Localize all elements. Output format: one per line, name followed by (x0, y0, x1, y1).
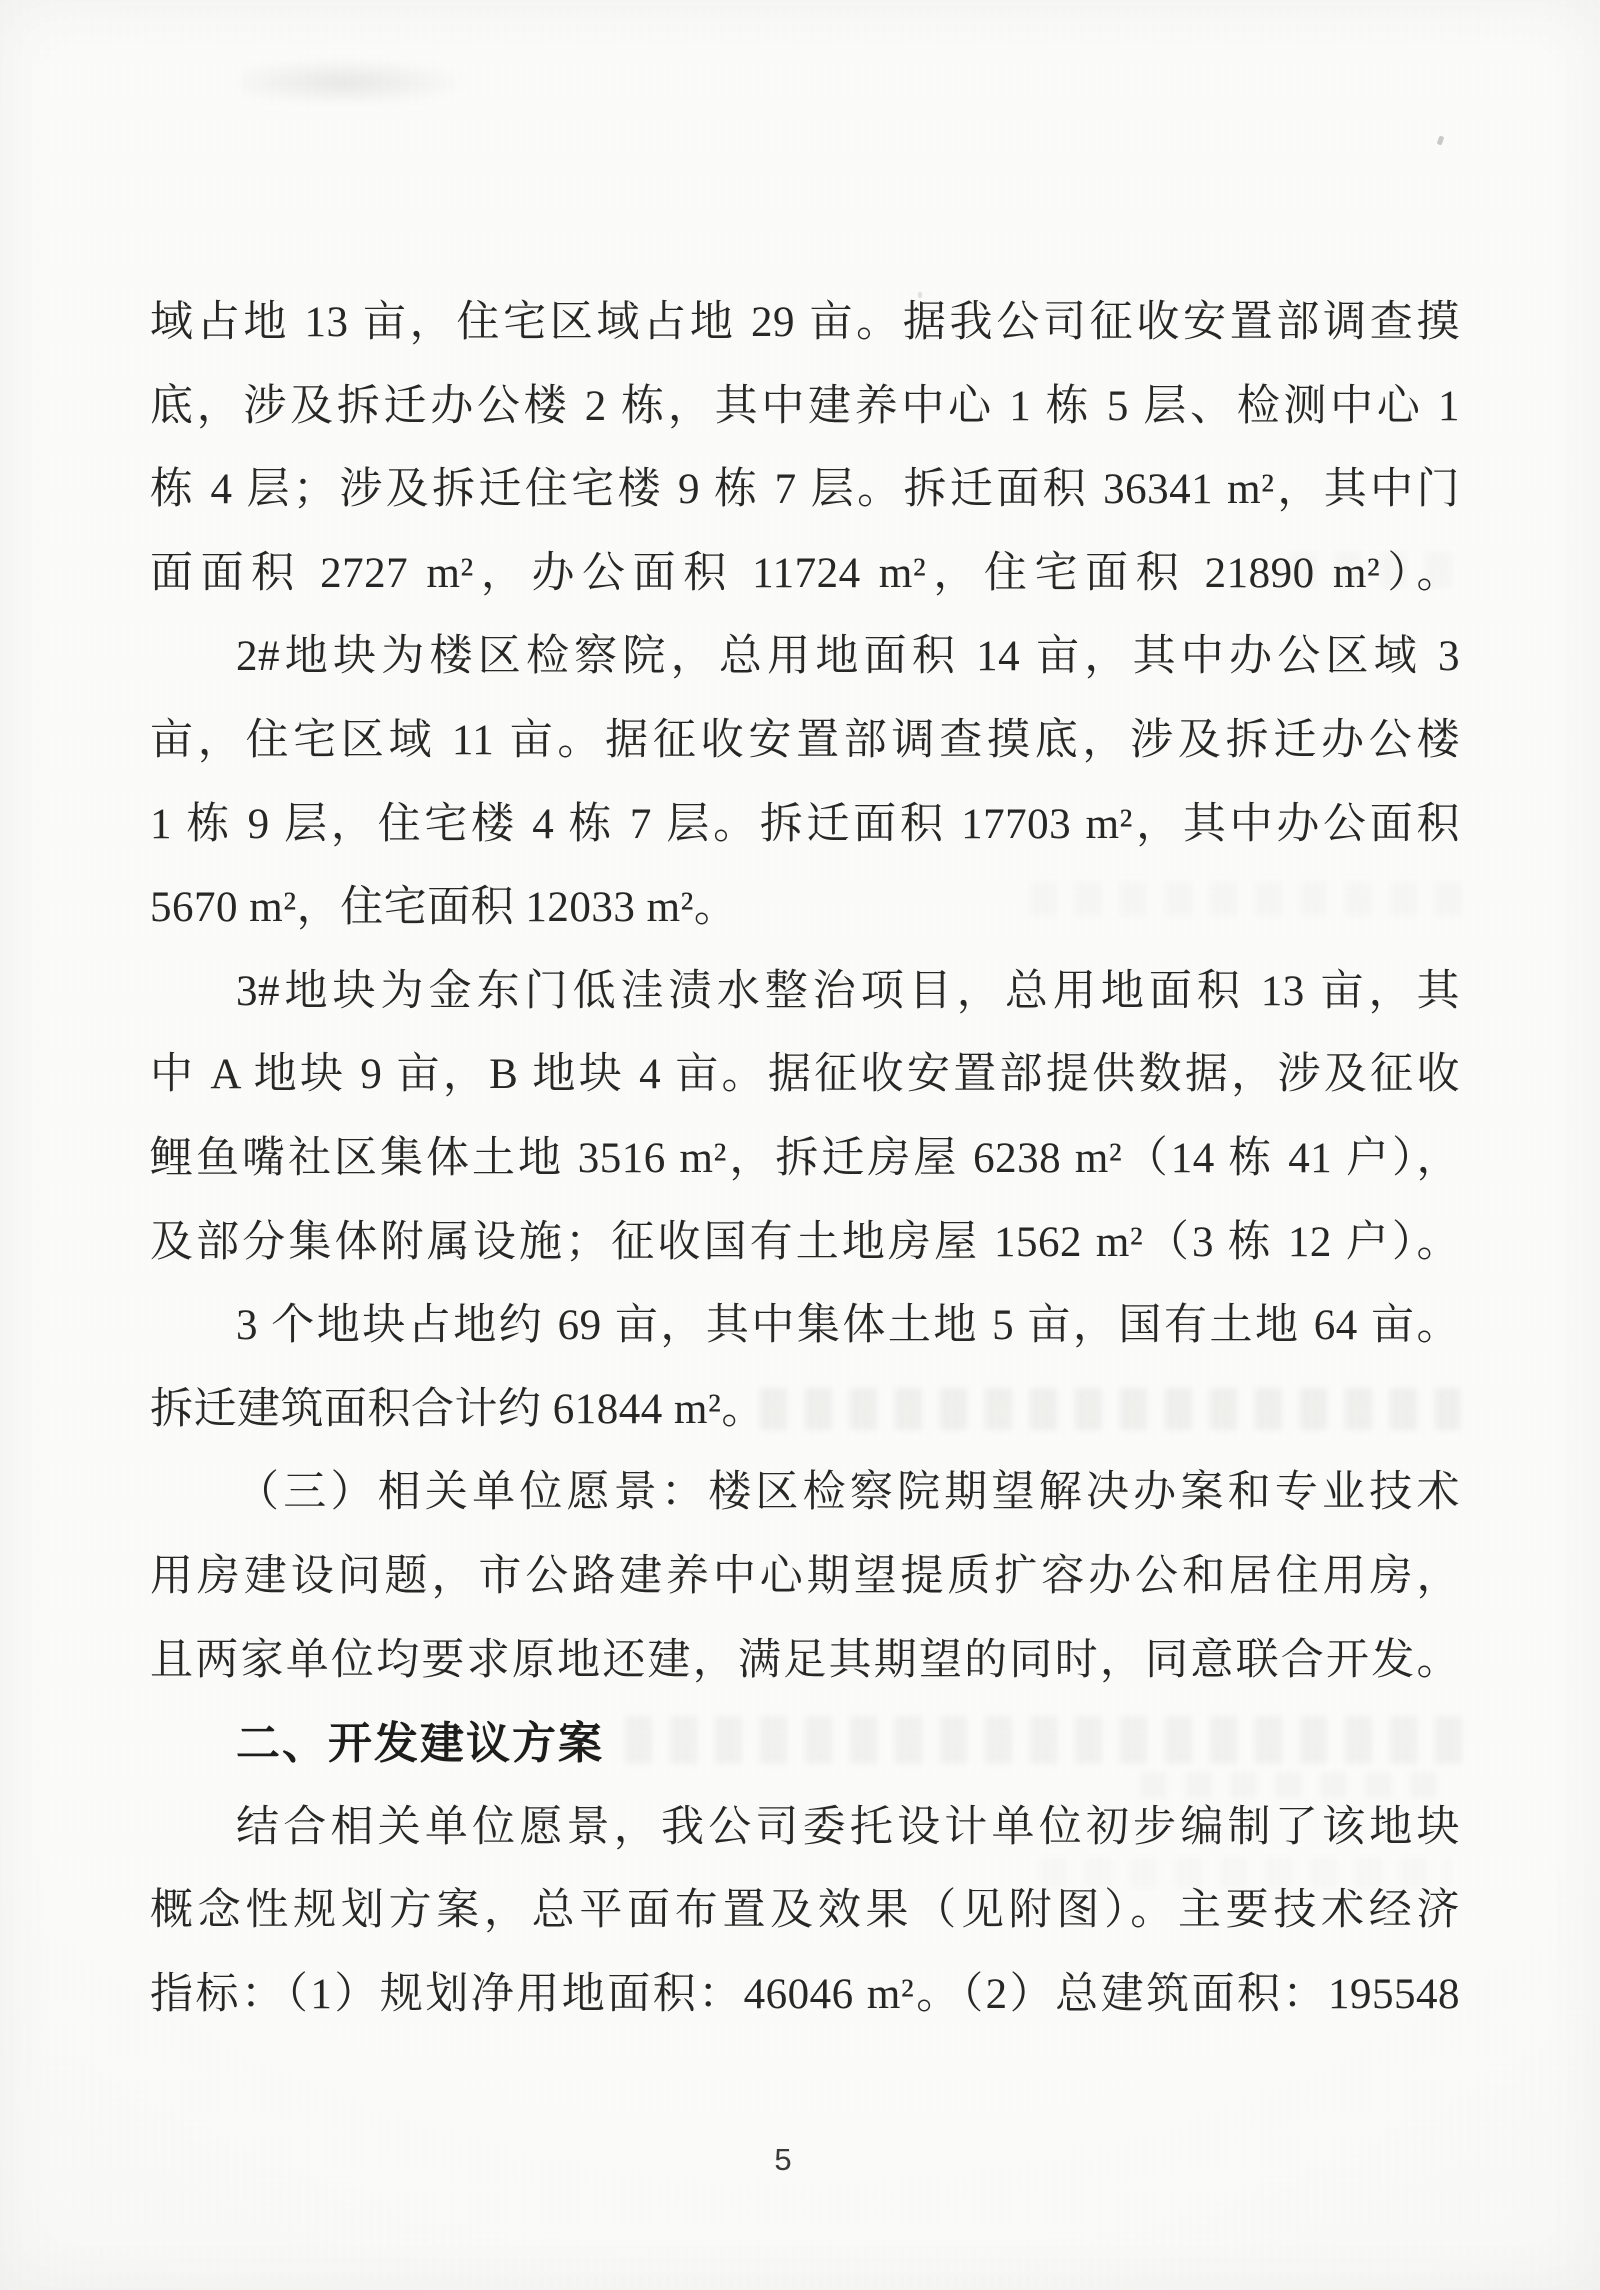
text-line: 及部分集体附属设施；征收国有土地房屋 1562 m²（3 栋 12 户）。 (150, 1201, 1460, 1285)
text-line: 5670 m²，住宅面积 12033 m²。 (150, 866, 1460, 950)
page-number: 5 (0, 2142, 1566, 2178)
text-line: 结合相关单位愿景，我公司委托设计单位初步编制了该地块 (150, 1786, 1460, 1870)
document-body: 域占地 13 亩，住宅区域占地 29 亩。据我公司征收安置部调查摸底，涉及拆迁办… (150, 281, 1460, 2036)
scan-speck (1437, 135, 1445, 145)
text-line: 中 A 地块 9 亩，B 地块 4 亩。据征收安置部提供数据，涉及征收 (150, 1033, 1460, 1117)
text-line: 拆迁建筑面积合计约 61844 m²。 (150, 1368, 1460, 1452)
scanned-document-page: 域占地 13 亩，住宅区域占地 29 亩。据我公司征收安置部调查摸底，涉及拆迁办… (0, 0, 1600, 2290)
text-line: 亩，住宅区域 11 亩。据征收安置部调查摸底，涉及拆迁办公楼 (150, 699, 1460, 783)
text-line: 2#地块为楼区检察院，总用地面积 14 亩，其中办公区域 3 (150, 615, 1460, 699)
text-line: 域占地 13 亩，住宅区域占地 29 亩。据我公司征收安置部调查摸 (150, 281, 1460, 365)
text-line: 用房建设问题，市公路建养中心期望提质扩容办公和居住用房， (150, 1535, 1460, 1619)
text-line: 栋 4 层；涉及拆迁住宅楼 9 栋 7 层。拆迁面积 36341 m²，其中门 (150, 448, 1460, 532)
scan-smudge (240, 58, 470, 102)
text-line: 3 个地块占地约 69 亩，其中集体土地 5 亩，国有土地 64 亩。 (150, 1284, 1460, 1368)
text-line: 底，涉及拆迁办公楼 2 栋，其中建养中心 1 栋 5 层、检测中心 1 (150, 365, 1460, 449)
text-line: 指标：（1）规划净用地面积：46046 m²。（2）总建筑面积：195548 (150, 1953, 1460, 2037)
text-line: 概念性规划方案，总平面布置及效果（见附图）。主要技术经济 (150, 1869, 1460, 1953)
text-line: （三）相关单位愿景：楼区检察院期望解决办案和专业技术 (150, 1451, 1460, 1535)
section-heading: 二、开发建议方案 (150, 1702, 1460, 1786)
text-line: 鲤鱼嘴社区集体土地 3516 m²，拆迁房屋 6238 m²（14 栋 41 户… (150, 1117, 1460, 1201)
text-line: 面面积 2727 m²，办公面积 11724 m²，住宅面积 21890 m²）… (150, 532, 1460, 616)
text-line: 且两家单位均要求原地还建，满足其期望的同时，同意联合开发。 (150, 1619, 1460, 1703)
text-line: 1 栋 9 层，住宅楼 4 栋 7 层。拆迁面积 17703 m²，其中办公面积 (150, 783, 1460, 867)
text-line: 3#地块为金东门低洼渍水整治项目，总用地面积 13 亩，其 (150, 950, 1460, 1034)
